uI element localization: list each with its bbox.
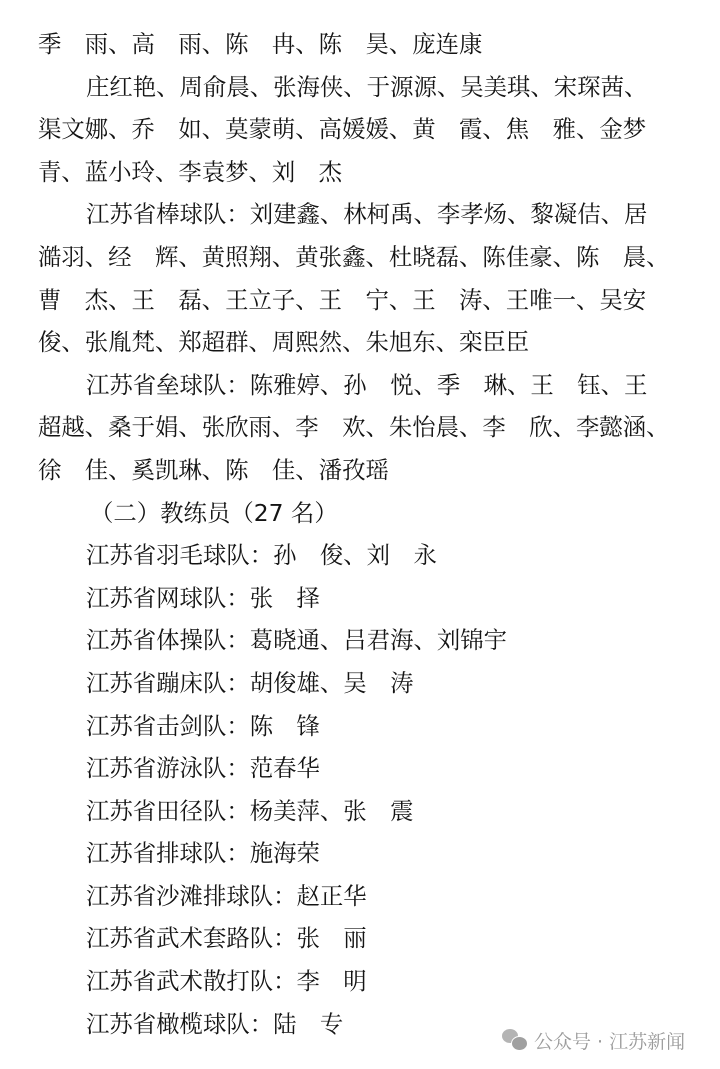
text-line: 超越、桑于娟、张欣雨、李 欢、朱怡晨、李 欣、李懿涵、 [38, 406, 662, 449]
document-body: 季 雨、高 雨、陈 冉、陈 昊、庞连康 庄红艳、周俞晨、张海侠、于源源、吴美琪、… [38, 23, 662, 1045]
coach-line-trampoline: 江苏省蹦床队：胡俊雄、吴 涛 [38, 662, 662, 705]
wechat-icon [502, 1029, 528, 1051]
softball-team-line: 江苏省垒球队：陈雅婷、孙 悦、季 琳、王 钰、王 [38, 364, 662, 407]
watermark-text: 公众号 · 江苏新闻 [534, 1027, 685, 1054]
coach-line-wushu-sanda: 江苏省武术散打队：李 明 [38, 960, 662, 1003]
watermark: 公众号 · 江苏新闻 [502, 1026, 685, 1054]
text-line: 曹 杰、王 磊、王立子、王 宁、王 涛、王唯一、吴安 [38, 279, 662, 322]
text-line: 徐 佳、奚凯琳、陈 佳、潘孜瑶 [38, 449, 662, 492]
coach-line-beach-volleyball: 江苏省沙滩排球队：赵正华 [38, 875, 662, 918]
baseball-team-line: 江苏省棒球队：刘建鑫、林柯禹、李孝炀、黎凝佶、居 [38, 193, 662, 236]
coach-line-athletics: 江苏省田径队：杨美萍、张 震 [38, 790, 662, 833]
coach-line-wushu-taolu: 江苏省武术套路队：张 丽 [38, 917, 662, 960]
text-line: 青、蓝小玲、李袁梦、刘 杰 [38, 151, 662, 194]
coach-line-badminton: 江苏省羽毛球队：孙 俊、刘 永 [38, 534, 662, 577]
text-line: 庄红艳、周俞晨、张海侠、于源源、吴美琪、宋琛茜、 [38, 66, 662, 109]
coach-line-gymnastics: 江苏省体操队：葛晓通、吕君海、刘锦宇 [38, 619, 662, 662]
text-line: 渠文娜、乔 如、莫蒙萌、高媛媛、黄 霞、焦 雅、金梦 [38, 108, 662, 151]
section-heading-coaches: （二）教练员（27 名） [38, 492, 662, 535]
coach-line-fencing: 江苏省击剑队：陈 锋 [38, 705, 662, 748]
coach-line-swimming: 江苏省游泳队：范春华 [38, 747, 662, 790]
text-line: 俊、张胤梵、郑超群、周熙然、朱旭东、栾臣臣 [38, 321, 662, 364]
text-line: 澔羽、经 辉、黄照翔、黄张鑫、杜晓磊、陈佳豪、陈 晨、 [38, 236, 662, 279]
coach-line-tennis: 江苏省网球队：张 择 [38, 577, 662, 620]
coach-line-volleyball: 江苏省排球队：施海荣 [38, 832, 662, 875]
text-line: 季 雨、高 雨、陈 冉、陈 昊、庞连康 [38, 23, 662, 66]
